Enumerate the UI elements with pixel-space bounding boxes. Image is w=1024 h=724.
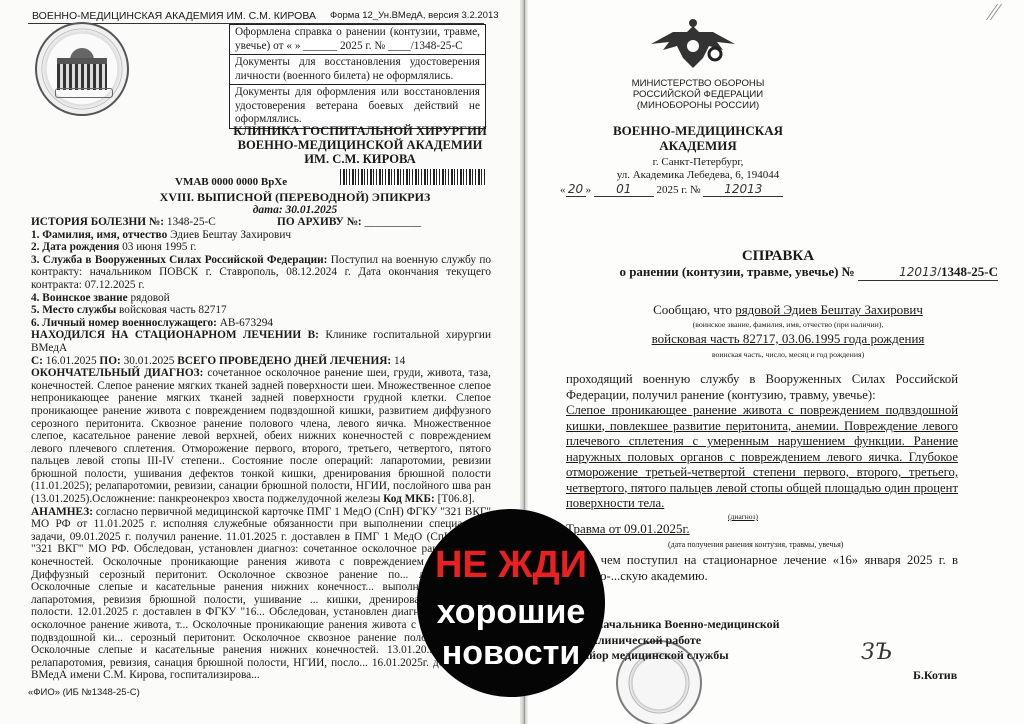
treatment-period: С: 16.01.2025 ПО: 30.01.2025 ВСЕГО ПРОВЕ…	[31, 355, 491, 368]
stamp-row-certificate: Оформлена справка о ранении (контузии, т…	[230, 25, 485, 55]
academy-name: ВОЕННО-МЕДИЦИНСКАЯ АКАДЕМИЯ	[603, 123, 793, 153]
signer-name: Б.Котив	[913, 668, 957, 683]
caption-person: (воинское звание, фамилия, имя, отчество…	[598, 320, 978, 329]
trauma-date: Травма от 09.01.2025г.	[566, 521, 690, 537]
case-history-row: ИСТОРИЯ БОЛЕЗНИ №: 1348-25-С ПО АРХИВУ №…	[31, 216, 491, 229]
field-full-name: 1. Фамилия, имя, отчество Эдиев Бештау З…	[31, 229, 491, 242]
corner-scribble-icon: ⁄⁄	[990, 0, 998, 27]
final-diagnosis: ОКОНЧАТЕЛЬНЫЙ ДИАГНОЗ: сочетанное осколо…	[31, 367, 491, 506]
form-version: Форма 12_Ун.ВМедА, версия 3.2.2013	[330, 10, 499, 21]
stamp-row-id-documents: Документы для восстановления удостоверен…	[230, 55, 485, 85]
handwritten-signature: ЗЪ	[861, 640, 892, 665]
field-birth-date: 2. Дата рождения 03 июня 1995 г.	[31, 241, 491, 254]
inpatient-row: НАХОДИЛСЯ НА СТАЦИОНАРНОМ ЛЕЧЕНИИ В: Кли…	[31, 329, 491, 354]
stamp-row-veteran-documents: Документы для оформления или восстановле…	[230, 85, 485, 128]
signature-block: ...ель начальника Военно-медицинской ...…	[566, 617, 836, 664]
badge-line-2: хорошие	[417, 594, 605, 630]
epicrisis-date: дата: 30.01.2025	[130, 204, 460, 216]
certificate-subtitle: о ранении (контузии, травме, увечье) № 1…	[558, 264, 998, 281]
barcode	[340, 169, 485, 185]
service-text: проходящий военную службу в Вооруженных …	[566, 372, 958, 403]
double-headed-eagle-icon	[643, 18, 743, 73]
clinic-title: КЛИНИКА ГОСПИТАЛЬНОЙ ХИРУРГИИ ВОЕННО-МЕД…	[230, 124, 490, 166]
certificate-title: СПРАВКА	[678, 248, 878, 265]
certificate-diagnosis: Слепое проникающее ранение живота с повр…	[566, 403, 958, 512]
badge-line-3: новости	[417, 635, 605, 671]
overlay-badge: НЕ ЖДИ хорошие новости	[417, 509, 605, 697]
outgoing-number: «20» 01 2025 г. № 12013	[560, 182, 783, 197]
academy-address: г. Санкт-Петербург, ул. Академика Лебеде…	[588, 156, 808, 182]
badge-line-1: НЕ ЖДИ	[417, 545, 605, 585]
vmab-code: VMAB 0000 0000 BpXe	[175, 176, 287, 188]
field-personal-number: 6. Личный номер военнослужащего: АВ-6732…	[31, 317, 491, 330]
certificate-body: проходящий военную службу в Вооруженных …	[566, 372, 958, 512]
caption-unit: воинская часть, число, месяц и год рожде…	[598, 350, 978, 359]
academy-emblem-icon	[35, 22, 129, 116]
certificate-stamp-box: Оформлена справка о ранении (контузии, т…	[229, 24, 486, 129]
caption-trauma: (дата получения ранения контузия, травмы…	[668, 540, 843, 549]
field-service: 3. Служба в Вооруженных Силах Российской…	[31, 254, 491, 292]
admission-text: ...и с чем поступил на стационарное лече…	[566, 552, 958, 584]
institution-header: ВОЕННО-МЕДИЦИНСКАЯ АКАДЕМИЯ ИМ. С.М. КИР…	[32, 10, 316, 22]
field-unit: 5. Место службы войсковая часть 82717	[31, 304, 491, 317]
field-rank: 4. Воинское звание рядовой	[31, 292, 491, 305]
caption-diagnosis: (диагноз)	[728, 512, 758, 521]
epicrisis-title: XVIII. ВЫПИСНОЙ (ПЕРЕВОДНОЙ) ЭПИКРИЗ	[130, 190, 460, 205]
report-unit: войсковая часть 82717, 03.06.1995 года р…	[598, 331, 978, 347]
ministry-name: МИНИСТЕРСТВО ОБОРОНЫ РОССИЙСКОЙ ФЕДЕРАЦИ…	[603, 78, 793, 111]
page-footer: «ФИО» (ИБ №1348-25-С)	[28, 687, 140, 698]
report-person: Сообщаю, что рядовой Эдиев Бештау Захиро…	[598, 302, 978, 318]
